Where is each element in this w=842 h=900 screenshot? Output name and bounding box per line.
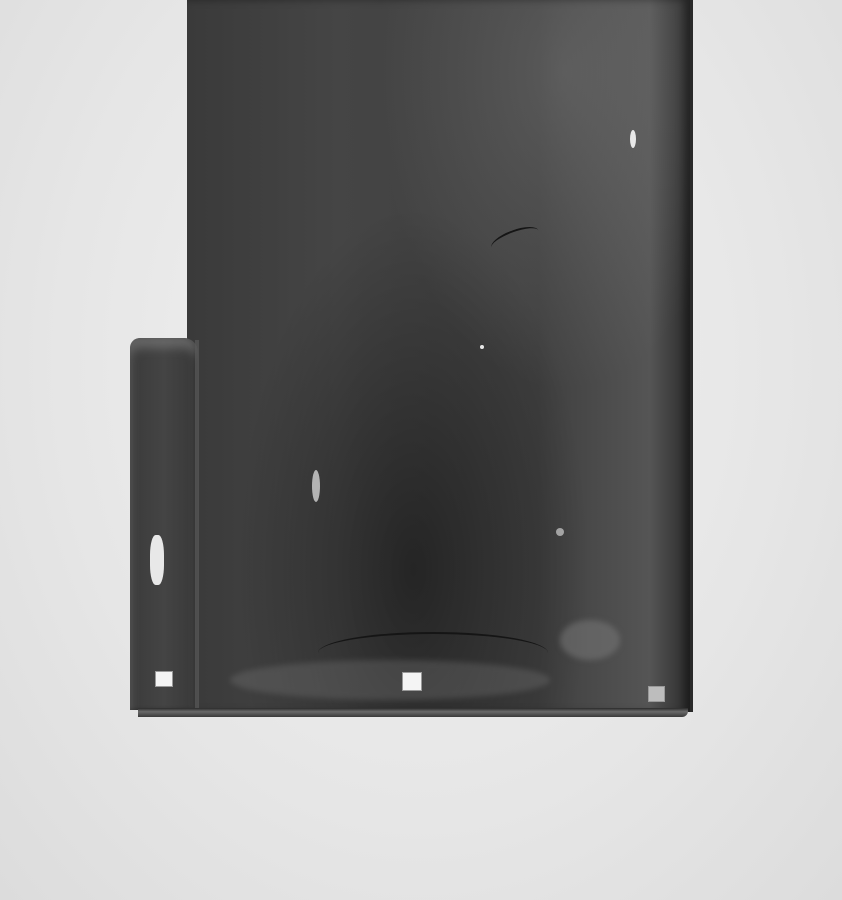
tab-seam bbox=[195, 340, 199, 712]
surface-speck bbox=[150, 535, 164, 585]
surface-speck bbox=[480, 345, 484, 349]
surface-speck bbox=[630, 130, 636, 148]
marker-square bbox=[402, 672, 422, 691]
surface-speck bbox=[312, 470, 320, 502]
surface-stain bbox=[230, 660, 550, 700]
metal-plate bbox=[187, 0, 693, 712]
plate-bottom-edge bbox=[138, 708, 688, 717]
surface-speck bbox=[556, 528, 564, 536]
photograph bbox=[0, 0, 842, 900]
marker-square bbox=[648, 686, 665, 702]
marker-square bbox=[155, 671, 173, 687]
surface-stain bbox=[560, 620, 620, 660]
side-tab bbox=[130, 338, 198, 710]
